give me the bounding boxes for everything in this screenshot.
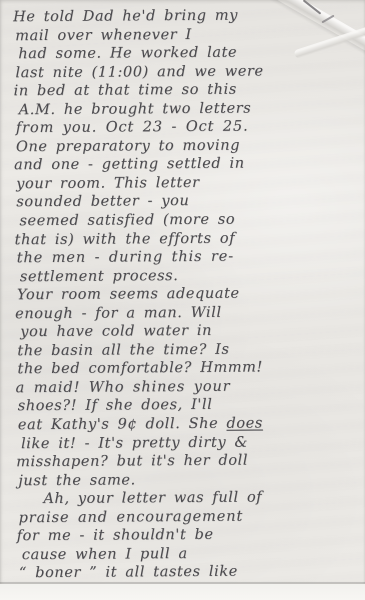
- letter-line: and one - getting settled in: [14, 154, 362, 175]
- letter-line: He told Dad he'd bring my: [13, 6, 361, 27]
- letter-line: eat Kathy's 9¢ doll. She does: [18, 414, 364, 435]
- letter-line: the bed comfortable? Hmmm!: [17, 358, 363, 379]
- letter-line: A.M. he brought two letters: [19, 99, 362, 120]
- letter-line: seemed satisfied (more so: [19, 210, 362, 231]
- letter-line: “ boner ” it all tastes like: [19, 562, 365, 583]
- letter-line: mail over whenever I: [15, 24, 361, 45]
- letter-line: your room. This letter: [16, 173, 362, 194]
- letter-line: in bed at that time so this: [14, 80, 362, 101]
- letter-line: that is) with the efforts of: [15, 228, 363, 249]
- letter-line: shoes?! If she does, I'll: [18, 395, 364, 416]
- letter-body: He told Dad he'd bring mymail over whene…: [15, 6, 365, 583]
- letter-line: you have cold water in: [20, 321, 363, 342]
- letter-line: the men - during this re-: [17, 247, 363, 268]
- letter-line: just the same.: [18, 469, 364, 490]
- letter-line: enough - for a man. Will: [15, 303, 363, 324]
- letter-line: praise and encouragement: [18, 507, 364, 528]
- letter-line: for me - it shouldn't be: [17, 525, 365, 546]
- letter-line: Your room seems adequate: [17, 284, 363, 305]
- letter-line: like it! - It's pretty dirty &: [21, 432, 364, 453]
- letter-page: He told Dad he'd bring mymail over whene…: [0, 0, 365, 584]
- letter-line: misshapen? but it's her doll: [16, 451, 364, 472]
- letter-scan: He told Dad he'd bring mymail over whene…: [0, 0, 365, 600]
- underlined-word: does: [226, 416, 263, 432]
- letter-line: had some. He worked late: [18, 43, 361, 64]
- letter-line: a maid! Who shines your: [16, 377, 364, 398]
- letter-line: One preparatory to moving: [16, 136, 362, 157]
- letter-line: the basin all the time? Is: [17, 340, 363, 361]
- letter-line: sounded better - you: [16, 191, 362, 212]
- letter-line: from you. Oct 23 - Oct 25.: [16, 117, 362, 138]
- letter-line: settlement process.: [20, 265, 363, 286]
- letter-line: Ah, your letter was full of: [21, 488, 364, 509]
- letter-line: cause when I pull a: [22, 544, 365, 565]
- scan-background: [0, 584, 365, 600]
- letter-line: last nite (11:00) and we were: [15, 61, 361, 82]
